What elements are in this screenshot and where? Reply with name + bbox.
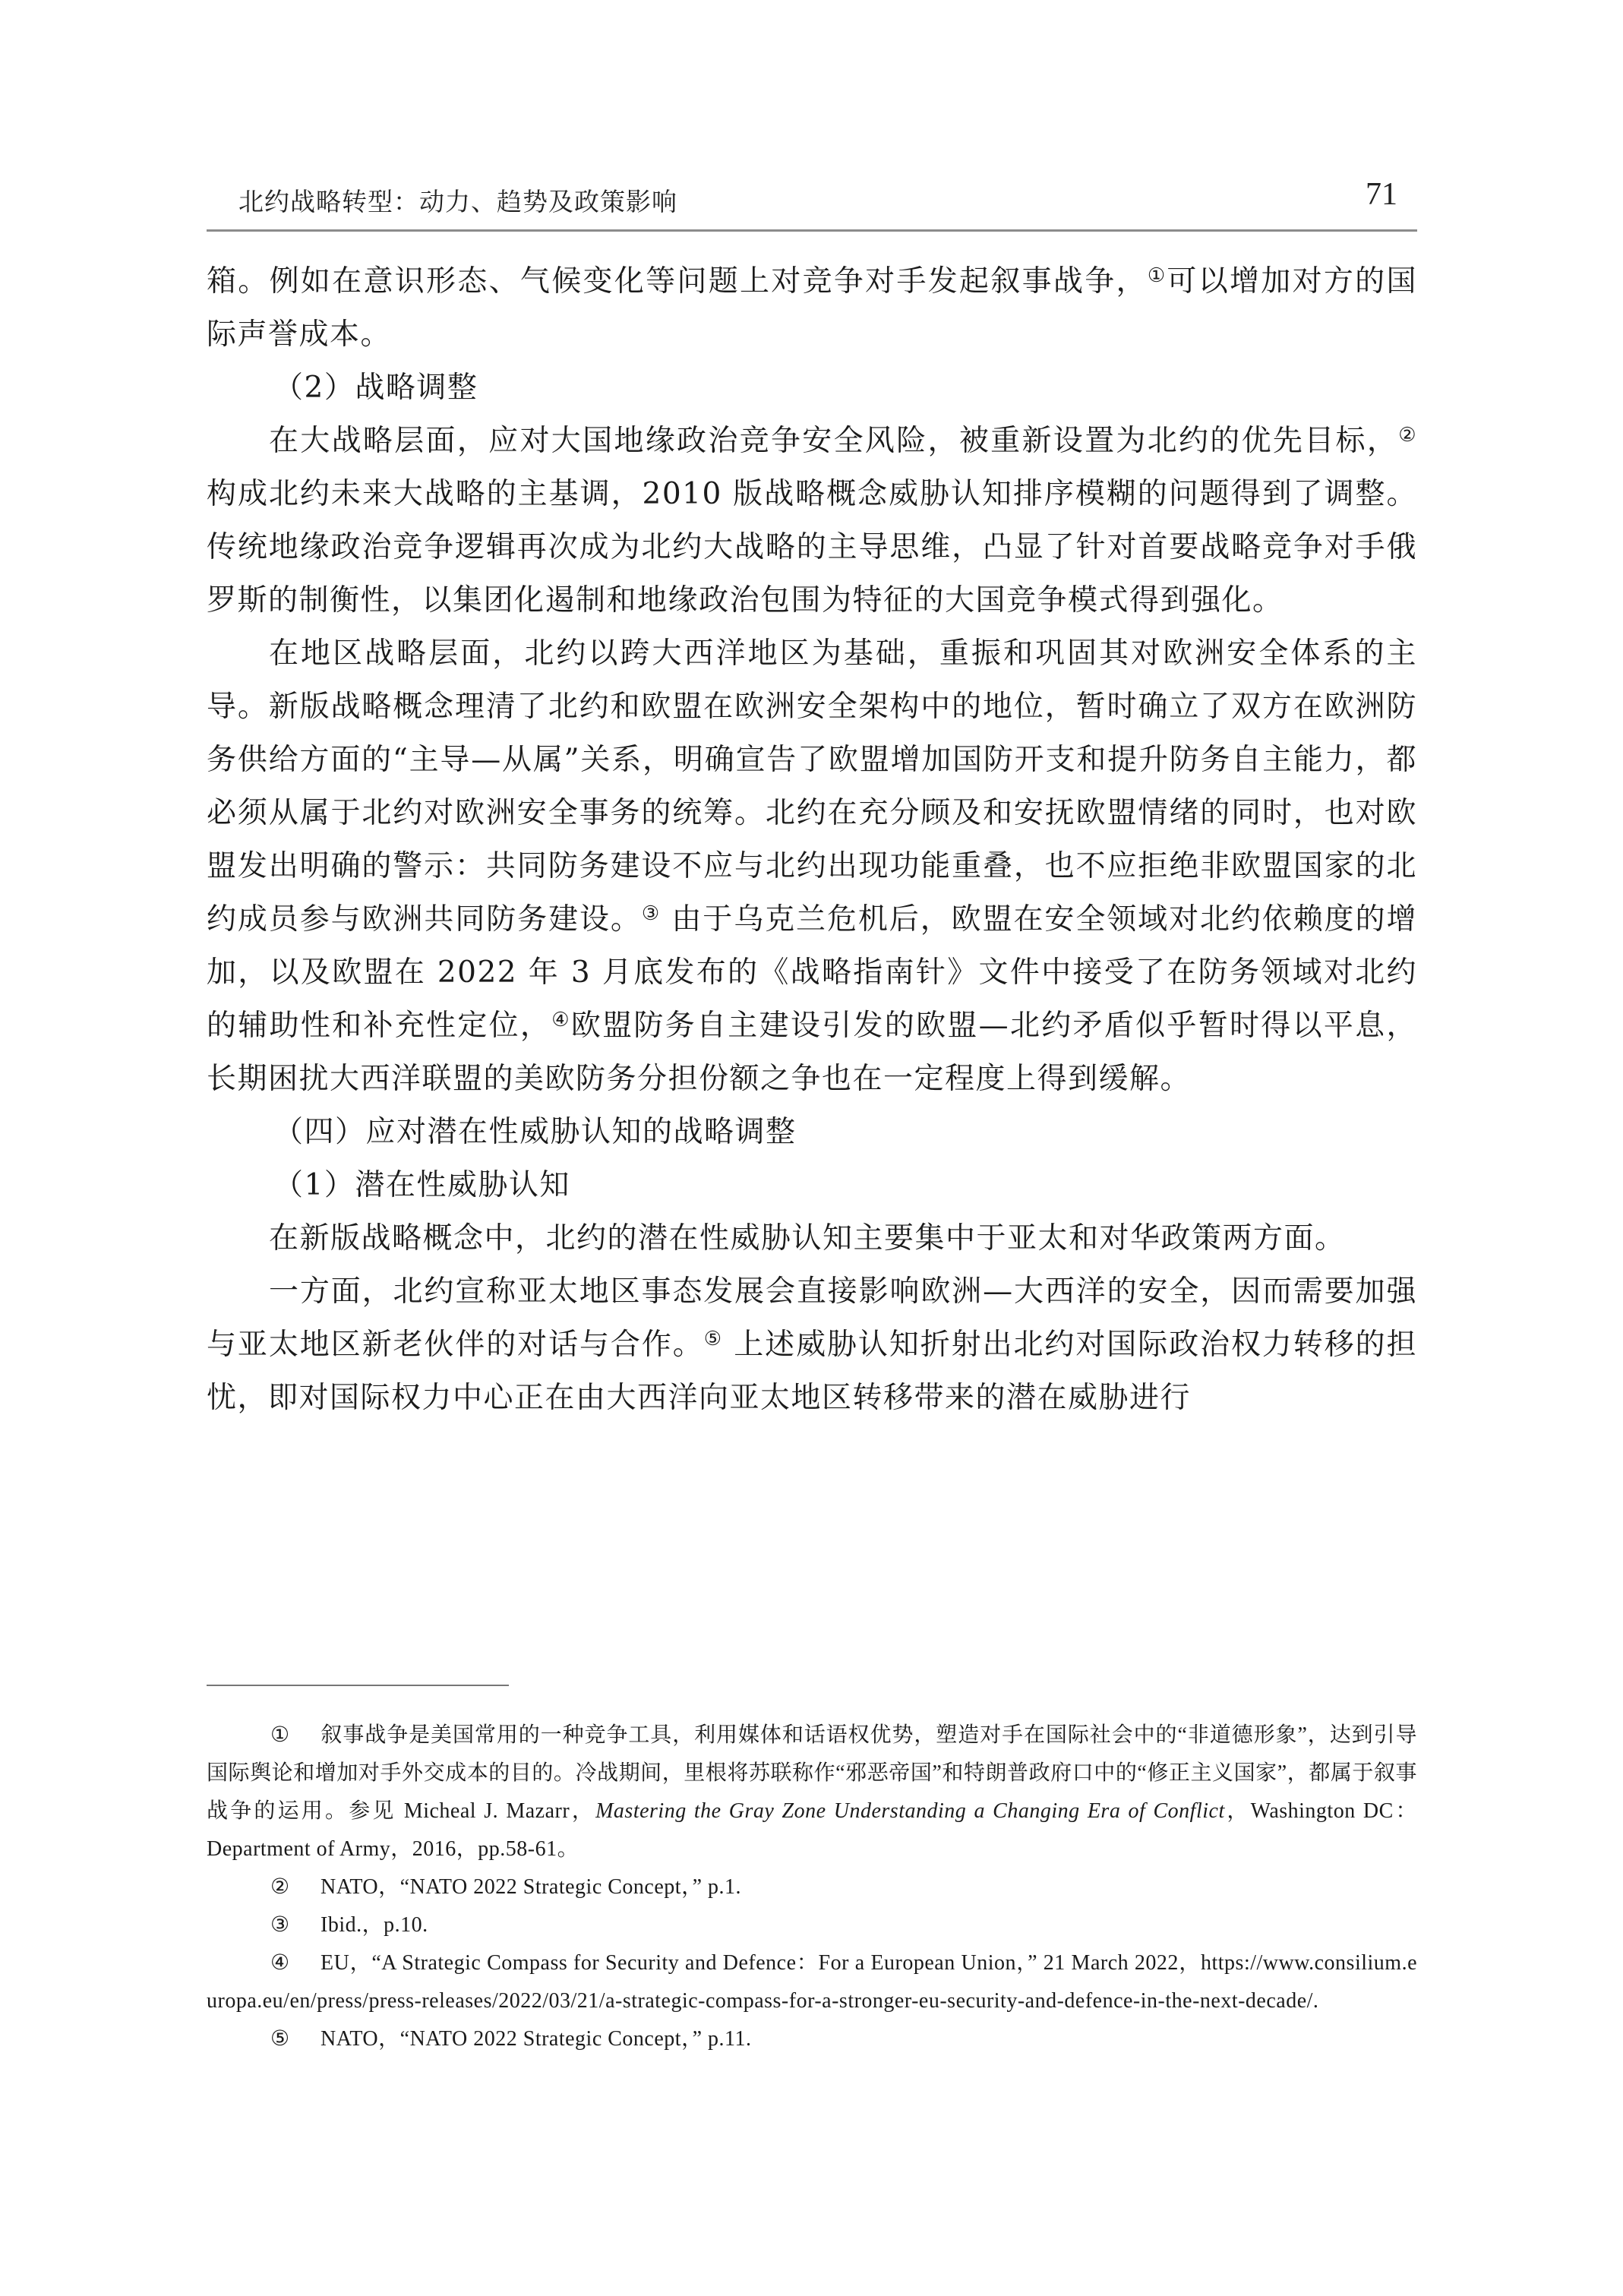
paragraph-grand-strategy: 在大战略层面，应对大国地缘政治竞争安全风险，被重新设置为北约的优先目标，②构成北… — [207, 415, 1417, 627]
footnotes: ①叙事战争是美国常用的一种竞争工具，利用媒体和话语权优势，塑造对手在国际社会中的… — [207, 1716, 1417, 2058]
footnote-separator — [207, 1685, 509, 1686]
footnote-3: ③Ibid.，p.10. — [207, 1906, 1417, 1944]
header-rule — [207, 229, 1417, 232]
paragraph-latent-threat-intro: 在新版战略概念中，北约的潜在性威胁认知主要集中于亚太和对华政策两方面。 — [207, 1212, 1417, 1265]
page-number: 71 — [1366, 176, 1397, 213]
paragraph-asia-pacific: 一方面，北约宣称亚太地区事态发展会直接影响欧洲—大西洋的安全，因而需要加强与亚太… — [207, 1265, 1417, 1425]
footnote-5: ⑤NATO，“NATO 2022 Strategic Concept，” p.1… — [207, 2020, 1417, 2058]
footnote-ref-2[interactable]: ② — [1398, 424, 1417, 447]
section-heading-latent-threat: （四）应对潜在性威胁认知的战略调整 — [207, 1106, 1417, 1159]
section-heading-strategy-adjustment: （2）战略调整 — [207, 362, 1417, 415]
page-header: 北约战略转型：动力、趋势及政策影响 71 — [207, 176, 1417, 231]
paragraph-regional-strategy: 在地区战略层面，北约以跨大西洋地区为基础，重振和巩固其对欧洲安全体系的主导。新版… — [207, 627, 1417, 1106]
footnote-2: ②NATO，“NATO 2022 Strategic Concept，” p.1… — [207, 1868, 1417, 1906]
body-text: 箱。例如在意识形态、气候变化等问题上对竞争对手发起叙事战争，①可以增加对方的国际… — [207, 255, 1417, 1425]
footnote-ref-1[interactable]: ① — [1148, 264, 1167, 287]
running-title: 北约战略转型：动力、趋势及政策影响 — [238, 182, 677, 218]
footnote-4: ④EU，“A Strategic Compass for Security an… — [207, 1944, 1417, 2020]
footnote-ref-3[interactable]: ③ — [642, 902, 661, 925]
footnote-ref-5[interactable]: ⑤ — [704, 1328, 723, 1350]
footnote-1: ①叙事战争是美国常用的一种竞争工具，利用媒体和话语权优势，塑造对手在国际社会中的… — [207, 1716, 1417, 1868]
subsection-heading-latent-threat-perception: （1）潜在性威胁认知 — [207, 1159, 1417, 1212]
paragraph-continuation: 箱。例如在意识形态、气候变化等问题上对竞争对手发起叙事战争，①可以增加对方的国际… — [207, 255, 1417, 362]
footnote-ref-4[interactable]: ④ — [551, 1009, 571, 1031]
